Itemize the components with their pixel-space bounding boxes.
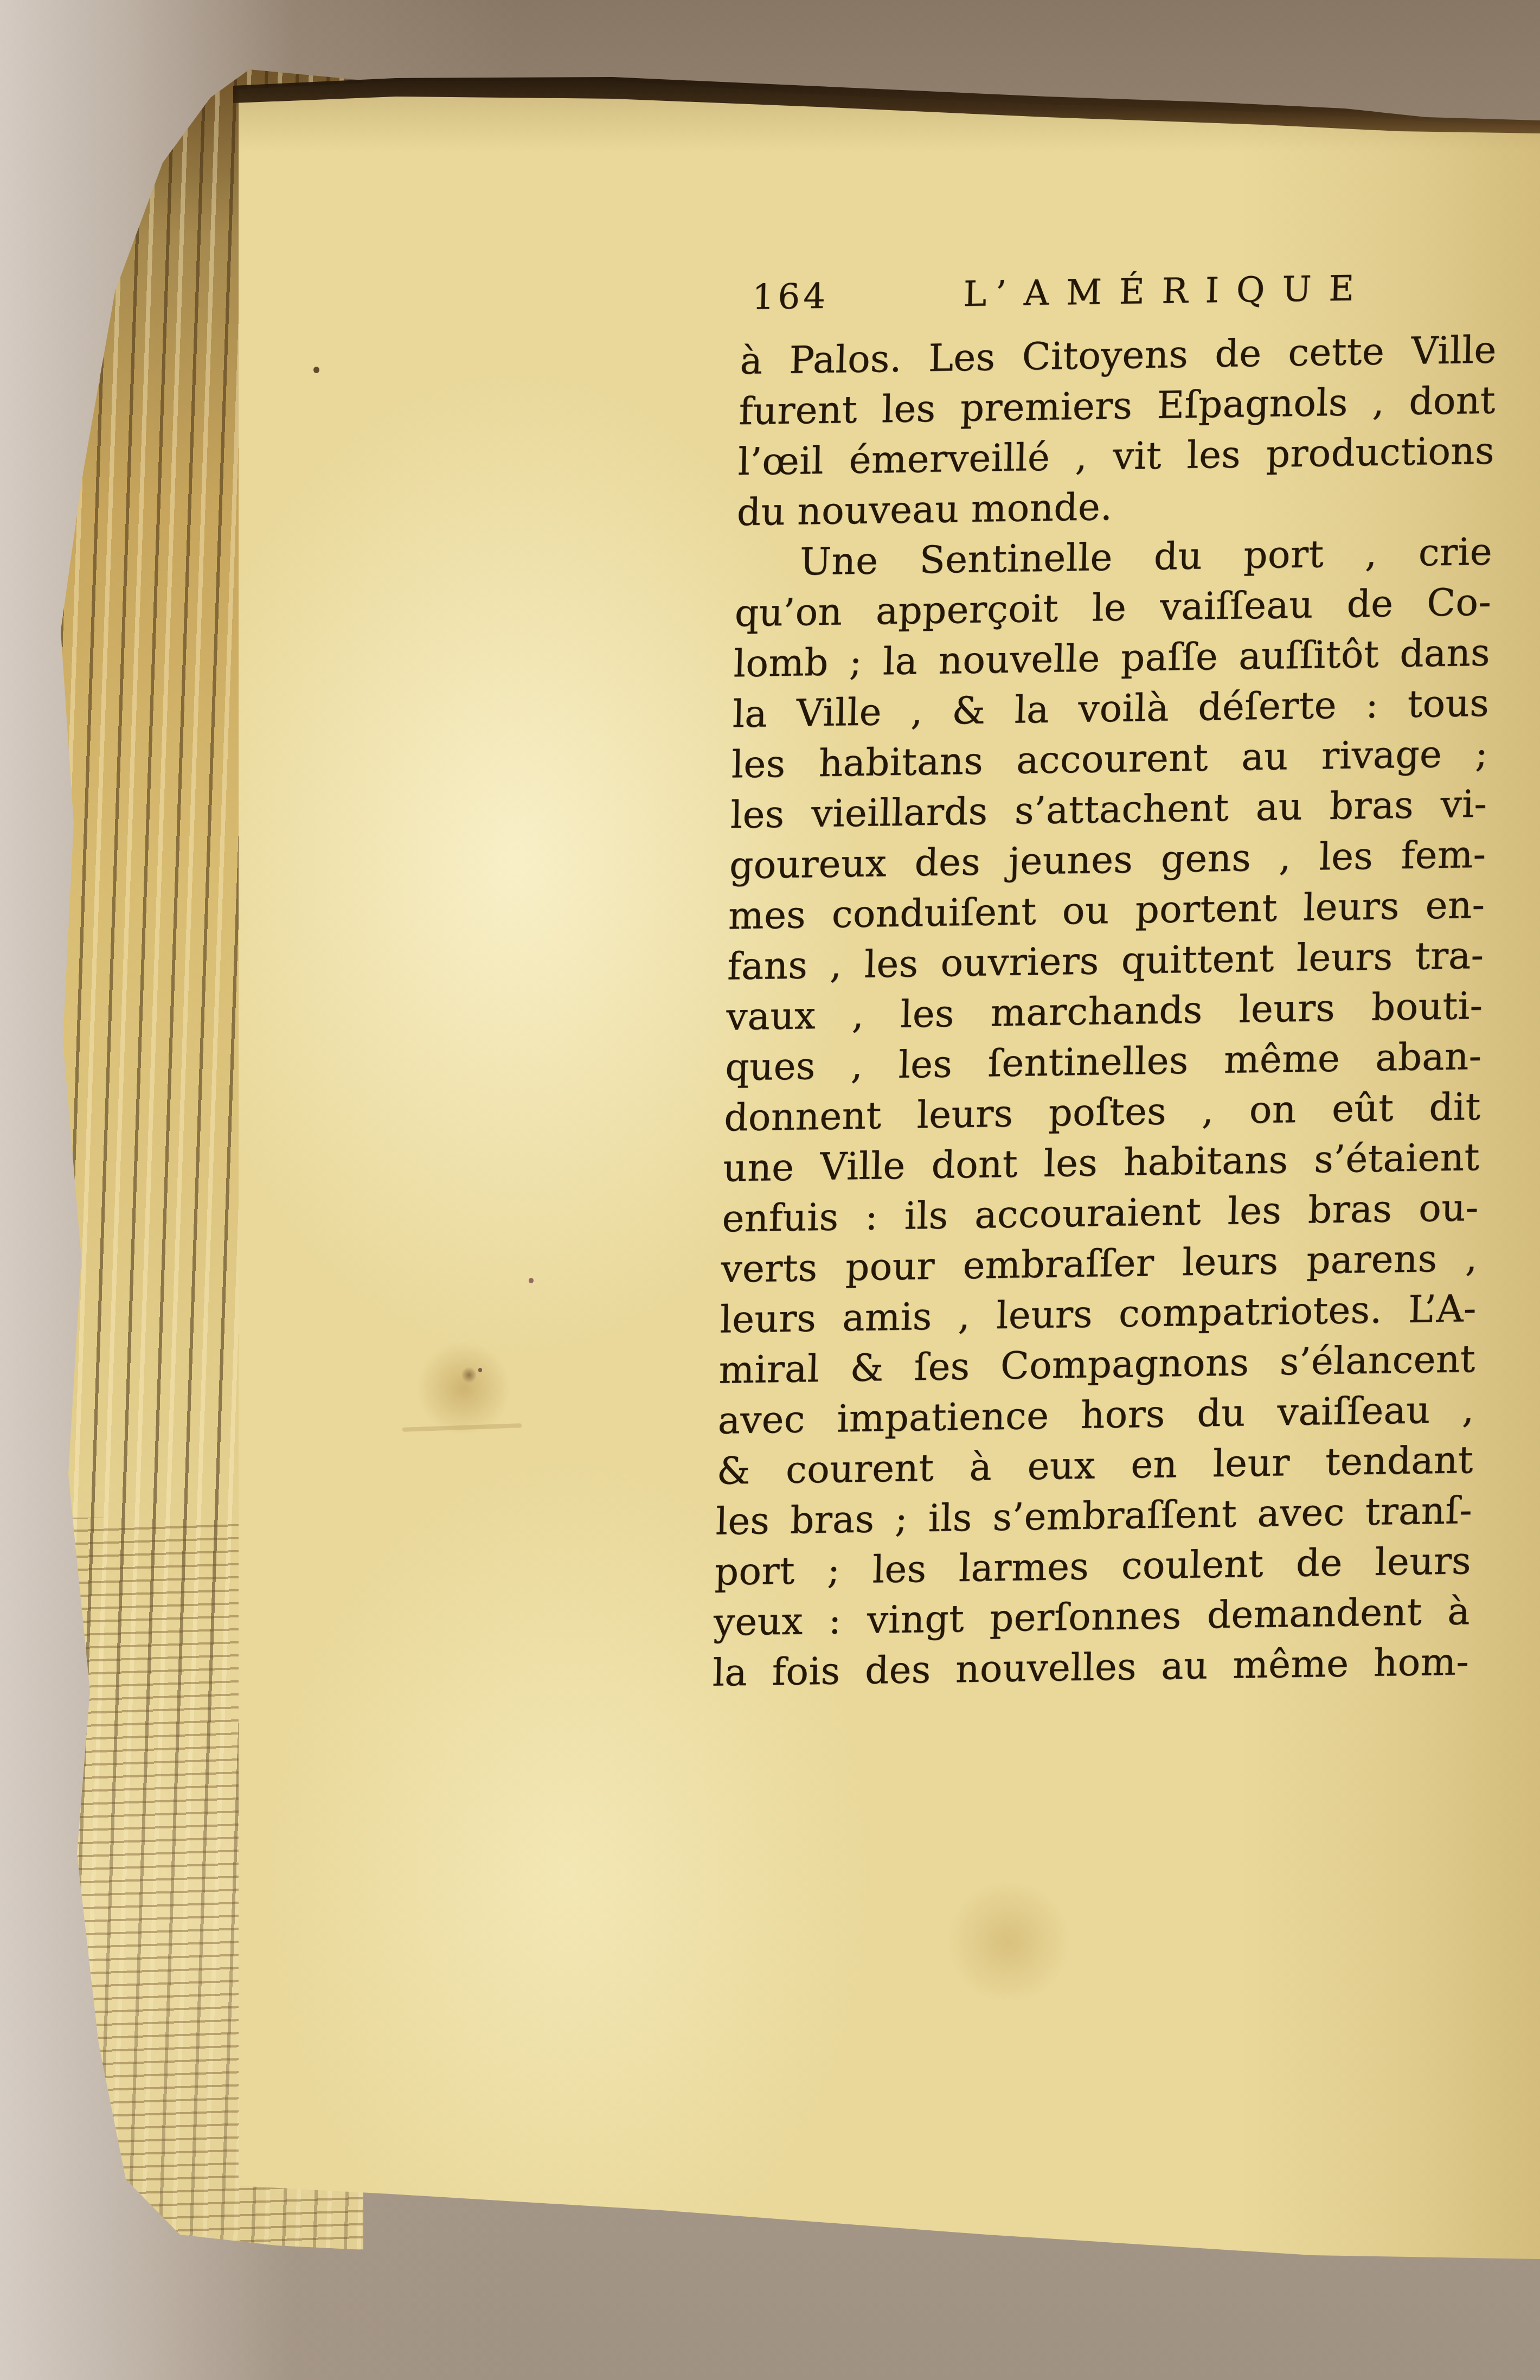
book-photo-scan: { "page": { "number": "164", "running_ti… <box>0 0 1540 2380</box>
page-number: 164 <box>752 277 829 318</box>
page-header: 164 L’AMÉRIQUE <box>741 266 1498 333</box>
running-title: L’AMÉRIQUE <box>963 268 1372 315</box>
printed-text-layer: 164 L’AMÉRIQUE à Palos. Les Citoyens de … <box>712 266 1498 1699</box>
body-text: à Palos. Les Citoyens de cette Villefure… <box>712 325 1497 1698</box>
